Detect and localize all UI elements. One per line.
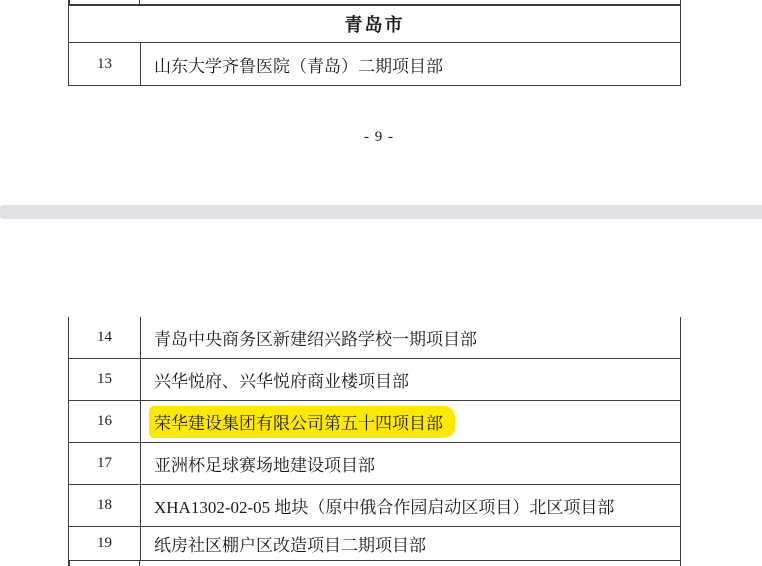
project-name-text: 亚洲杯足球赛场地建设项目部 [154, 451, 375, 476]
table-row: 15 兴华悦府、兴华悦府商业楼项目部 [68, 359, 681, 401]
row-project-name: 青岛中央商务区新建绍兴路学校一期项目部 [141, 317, 680, 358]
row-project-name: XHA1302-02-05 地块（原中俄合作园启动区项目）北区项目部 [141, 485, 680, 526]
row-project-name: 山东大学齐鲁医院（青岛）二期项目部 [141, 43, 680, 85]
project-table-page-10: 14 青岛中央商务区新建绍兴路学校一期项目部 15 兴华悦府、兴华悦府商业楼项目… [68, 317, 681, 566]
city-header-label: 青岛市 [345, 11, 405, 37]
row-number: 13 [69, 43, 141, 85]
page-break-separator [0, 205, 762, 219]
highlighted-project-name-text: 荣华建设集团有限公司第五十四项目部 [149, 406, 455, 438]
table-row: 14 青岛中央商务区新建绍兴路学校一期项目部 [68, 317, 681, 359]
project-name-text: 山东大学齐鲁医院（青岛）二期项目部 [154, 52, 443, 77]
table-border-right [680, 561, 682, 566]
project-table-page-9: 青岛市 13 山东大学齐鲁医院（青岛）二期项目部 [68, 0, 681, 86]
page-number: - 9 - [0, 129, 758, 146]
table-border-left [68, 0, 70, 4]
table-row: 13 山东大学齐鲁医院（青岛）二期项目部 [68, 43, 681, 86]
project-name-text: 纸房社区棚户区改造项目二期项目部 [154, 531, 426, 556]
row-number: 16 [69, 401, 141, 442]
row-number: 14 [69, 317, 141, 358]
row-project-name: 荣华建设集团有限公司第五十四项目部 [141, 401, 680, 442]
table-row-partial-bottom [68, 561, 681, 566]
row-number: 15 [69, 359, 141, 400]
row-project-name: 亚洲杯足球赛场地建设项目部 [141, 443, 680, 484]
document-view: 青岛市 13 山东大学齐鲁医院（青岛）二期项目部 - 9 - 14 青岛中央商务… [0, 0, 762, 566]
table-row: 18 XHA1302-02-05 地块（原中俄合作园启动区项目）北区项目部 [68, 485, 681, 527]
row-number: 19 [69, 527, 141, 560]
table-border-right [680, 0, 682, 4]
table-border-left [68, 561, 70, 566]
row-project-name: 纸房社区棚户区改造项目二期项目部 [141, 527, 680, 560]
table-row: 17 亚洲杯足球赛场地建设项目部 [68, 443, 681, 485]
project-name-text: 青岛中央商务区新建绍兴路学校一期项目部 [154, 325, 477, 350]
row-number: 17 [69, 443, 141, 484]
city-header-row: 青岛市 [68, 4, 681, 43]
project-name-text: XHA1302-02-05 地块（原中俄合作园启动区项目）北区项目部 [154, 493, 614, 518]
row-project-name: 兴华悦府、兴华悦府商业楼项目部 [141, 359, 680, 400]
table-row: 19 纸房社区棚户区改造项目二期项目部 [68, 527, 681, 561]
project-name-text: 兴华悦府、兴华悦府商业楼项目部 [154, 367, 409, 392]
table-border-divider [139, 0, 141, 4]
row-number: 18 [69, 485, 141, 526]
table-row-partial-top [68, 0, 681, 4]
table-border-divider [139, 561, 141, 566]
table-row-highlighted: 16 荣华建设集团有限公司第五十四项目部 [68, 401, 681, 443]
